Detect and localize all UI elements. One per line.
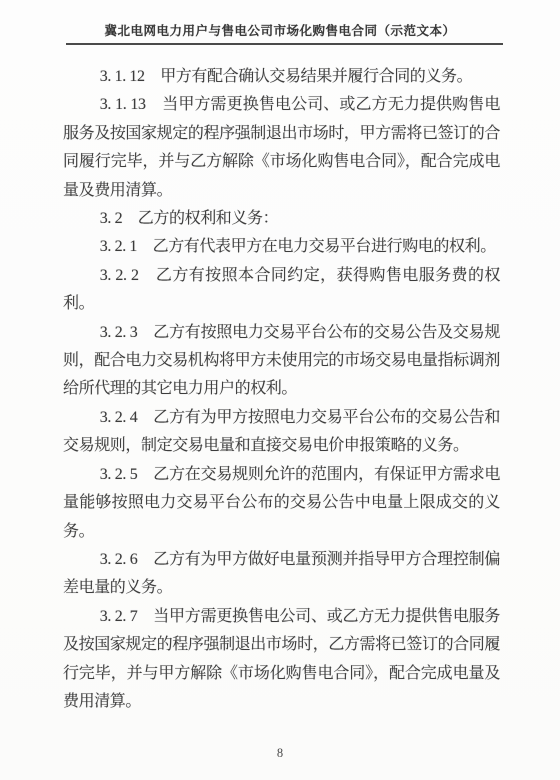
clause-3-2: 3. 2 乙方的权利和义务： xyxy=(63,205,500,233)
contract-page: 冀北电网电力用户与售电公司市场化购售电合同（示范文本） 3. 1. 12 甲方有… xyxy=(0,0,560,780)
clause-3-2-5: 3. 2. 5 乙方在交易规则允许的范围内，有保证甲方需求电量能够按照电力交易平… xyxy=(63,461,500,546)
clause-3-2-2: 3. 2. 2 乙方有按照本合同约定，获得购售电服务费的权利。 xyxy=(63,262,500,319)
page-footer: 8 xyxy=(0,746,560,761)
clause-3-1-13: 3. 1. 13 当甲方需更换售电公司、或乙方无力提供购售电服务及按国家规定的程… xyxy=(63,91,500,205)
page-number: 8 xyxy=(277,746,283,760)
clause-3-2-6: 3. 2. 6 乙方有为甲方做好电量预测并指导甲方合理控制偏差电量的义务。 xyxy=(63,546,500,603)
clause-3-2-7: 3. 2. 7 当甲方需更换售电公司、或乙方无力提供售电服务及按国家规定的程序强… xyxy=(63,603,500,717)
clause-3-2-1: 3. 2. 1 乙方有代表甲方在电力交易平台进行购电的权利。 xyxy=(63,233,500,261)
contract-body: 3. 1. 12 甲方有配合确认交易结果并履行合同的义务。 3. 1. 13 当… xyxy=(63,63,500,716)
clause-3-2-4: 3. 2. 4 乙方有为甲方按照电力交易平台公布的交易公告和交易规则，制定交易电… xyxy=(63,404,500,461)
header-rule xyxy=(66,43,503,45)
clause-3-2-3: 3. 2. 3 乙方有按照电力交易平台公布的交易公告及交易规则，配合电力交易机构… xyxy=(63,319,500,404)
page-header-title: 冀北电网电力用户与售电公司市场化购售电合同（示范文本） xyxy=(0,21,560,39)
clause-3-1-12: 3. 1. 12 甲方有配合确认交易结果并履行合同的义务。 xyxy=(63,63,500,91)
